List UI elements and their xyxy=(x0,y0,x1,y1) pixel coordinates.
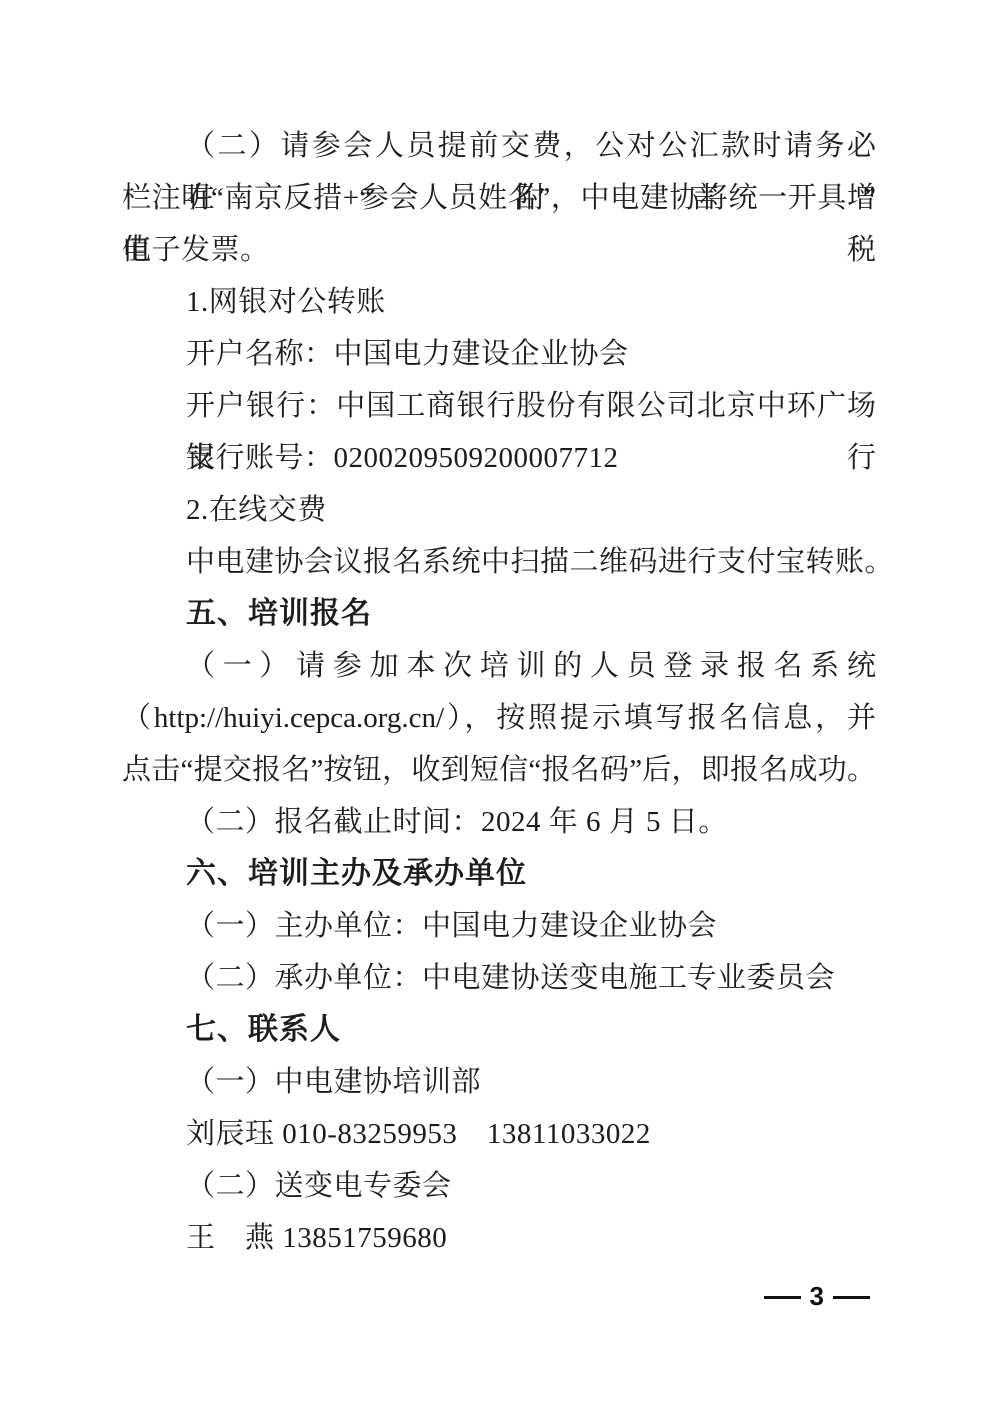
page-footer: 3 xyxy=(764,1284,870,1310)
text-line: （一）中电建协培训部 xyxy=(122,1056,876,1108)
text-line: 刘辰珏 010-83259953 13811033022 xyxy=(122,1108,876,1160)
text-line: （二）请参会人员提前交费，公对公汇款时请务必在“附言” xyxy=(122,120,876,172)
text-line: （http://huiyi.cepca.org.cn/），按照提示填写报名信息，… xyxy=(122,692,876,744)
section-heading: 六、培训主办及承办单位 xyxy=(122,848,876,900)
footer-dash-left-icon xyxy=(764,1296,801,1299)
text-line: （一）主办单位：中国电力建设企业协会 xyxy=(122,900,876,952)
section-heading: 七、联系人 xyxy=(122,1004,876,1056)
text-line: 开户银行：中国工商银行股份有限公司北京中环广场支行 xyxy=(122,380,876,432)
section-heading: 五、培训报名 xyxy=(122,588,876,640)
text-line: 王 燕 13851759680 xyxy=(122,1212,876,1264)
text-line: 点击“提交报名”按钮，收到短信“报名码”后，即报名成功。 xyxy=(122,744,876,796)
text-line: 栏注明“南京反措+参会人员姓名”，中电建协将统一开具增值税 xyxy=(122,172,876,224)
footer-dash-right-icon xyxy=(833,1296,870,1299)
text-line: （二）送变电专委会 xyxy=(122,1160,876,1212)
text-line: 中电建协会议报名系统中扫描二维码进行支付宝转账。 xyxy=(122,536,876,588)
text-line: （二）承办单位：中电建协送变电施工专业委员会 xyxy=(122,952,876,1004)
text-line: （二）报名截止时间：2024 年 6 月 5 日。 xyxy=(122,796,876,848)
document-body: （二）请参会人员提前交费，公对公汇款时请务必在“附言”栏注明“南京反措+参会人员… xyxy=(122,120,876,1264)
document-page: （二）请参会人员提前交费，公对公汇款时请务必在“附言”栏注明“南京反措+参会人员… xyxy=(0,0,992,1403)
text-line: （一）请参加本次培训的人员登录报名系统 xyxy=(122,640,876,692)
text-line: 1.网银对公转账 xyxy=(122,276,876,328)
page-number: 3 xyxy=(810,1283,824,1309)
text-line: 2.在线交费 xyxy=(122,484,876,536)
text-line: 开户名称：中国电力建设企业协会 xyxy=(122,328,876,380)
